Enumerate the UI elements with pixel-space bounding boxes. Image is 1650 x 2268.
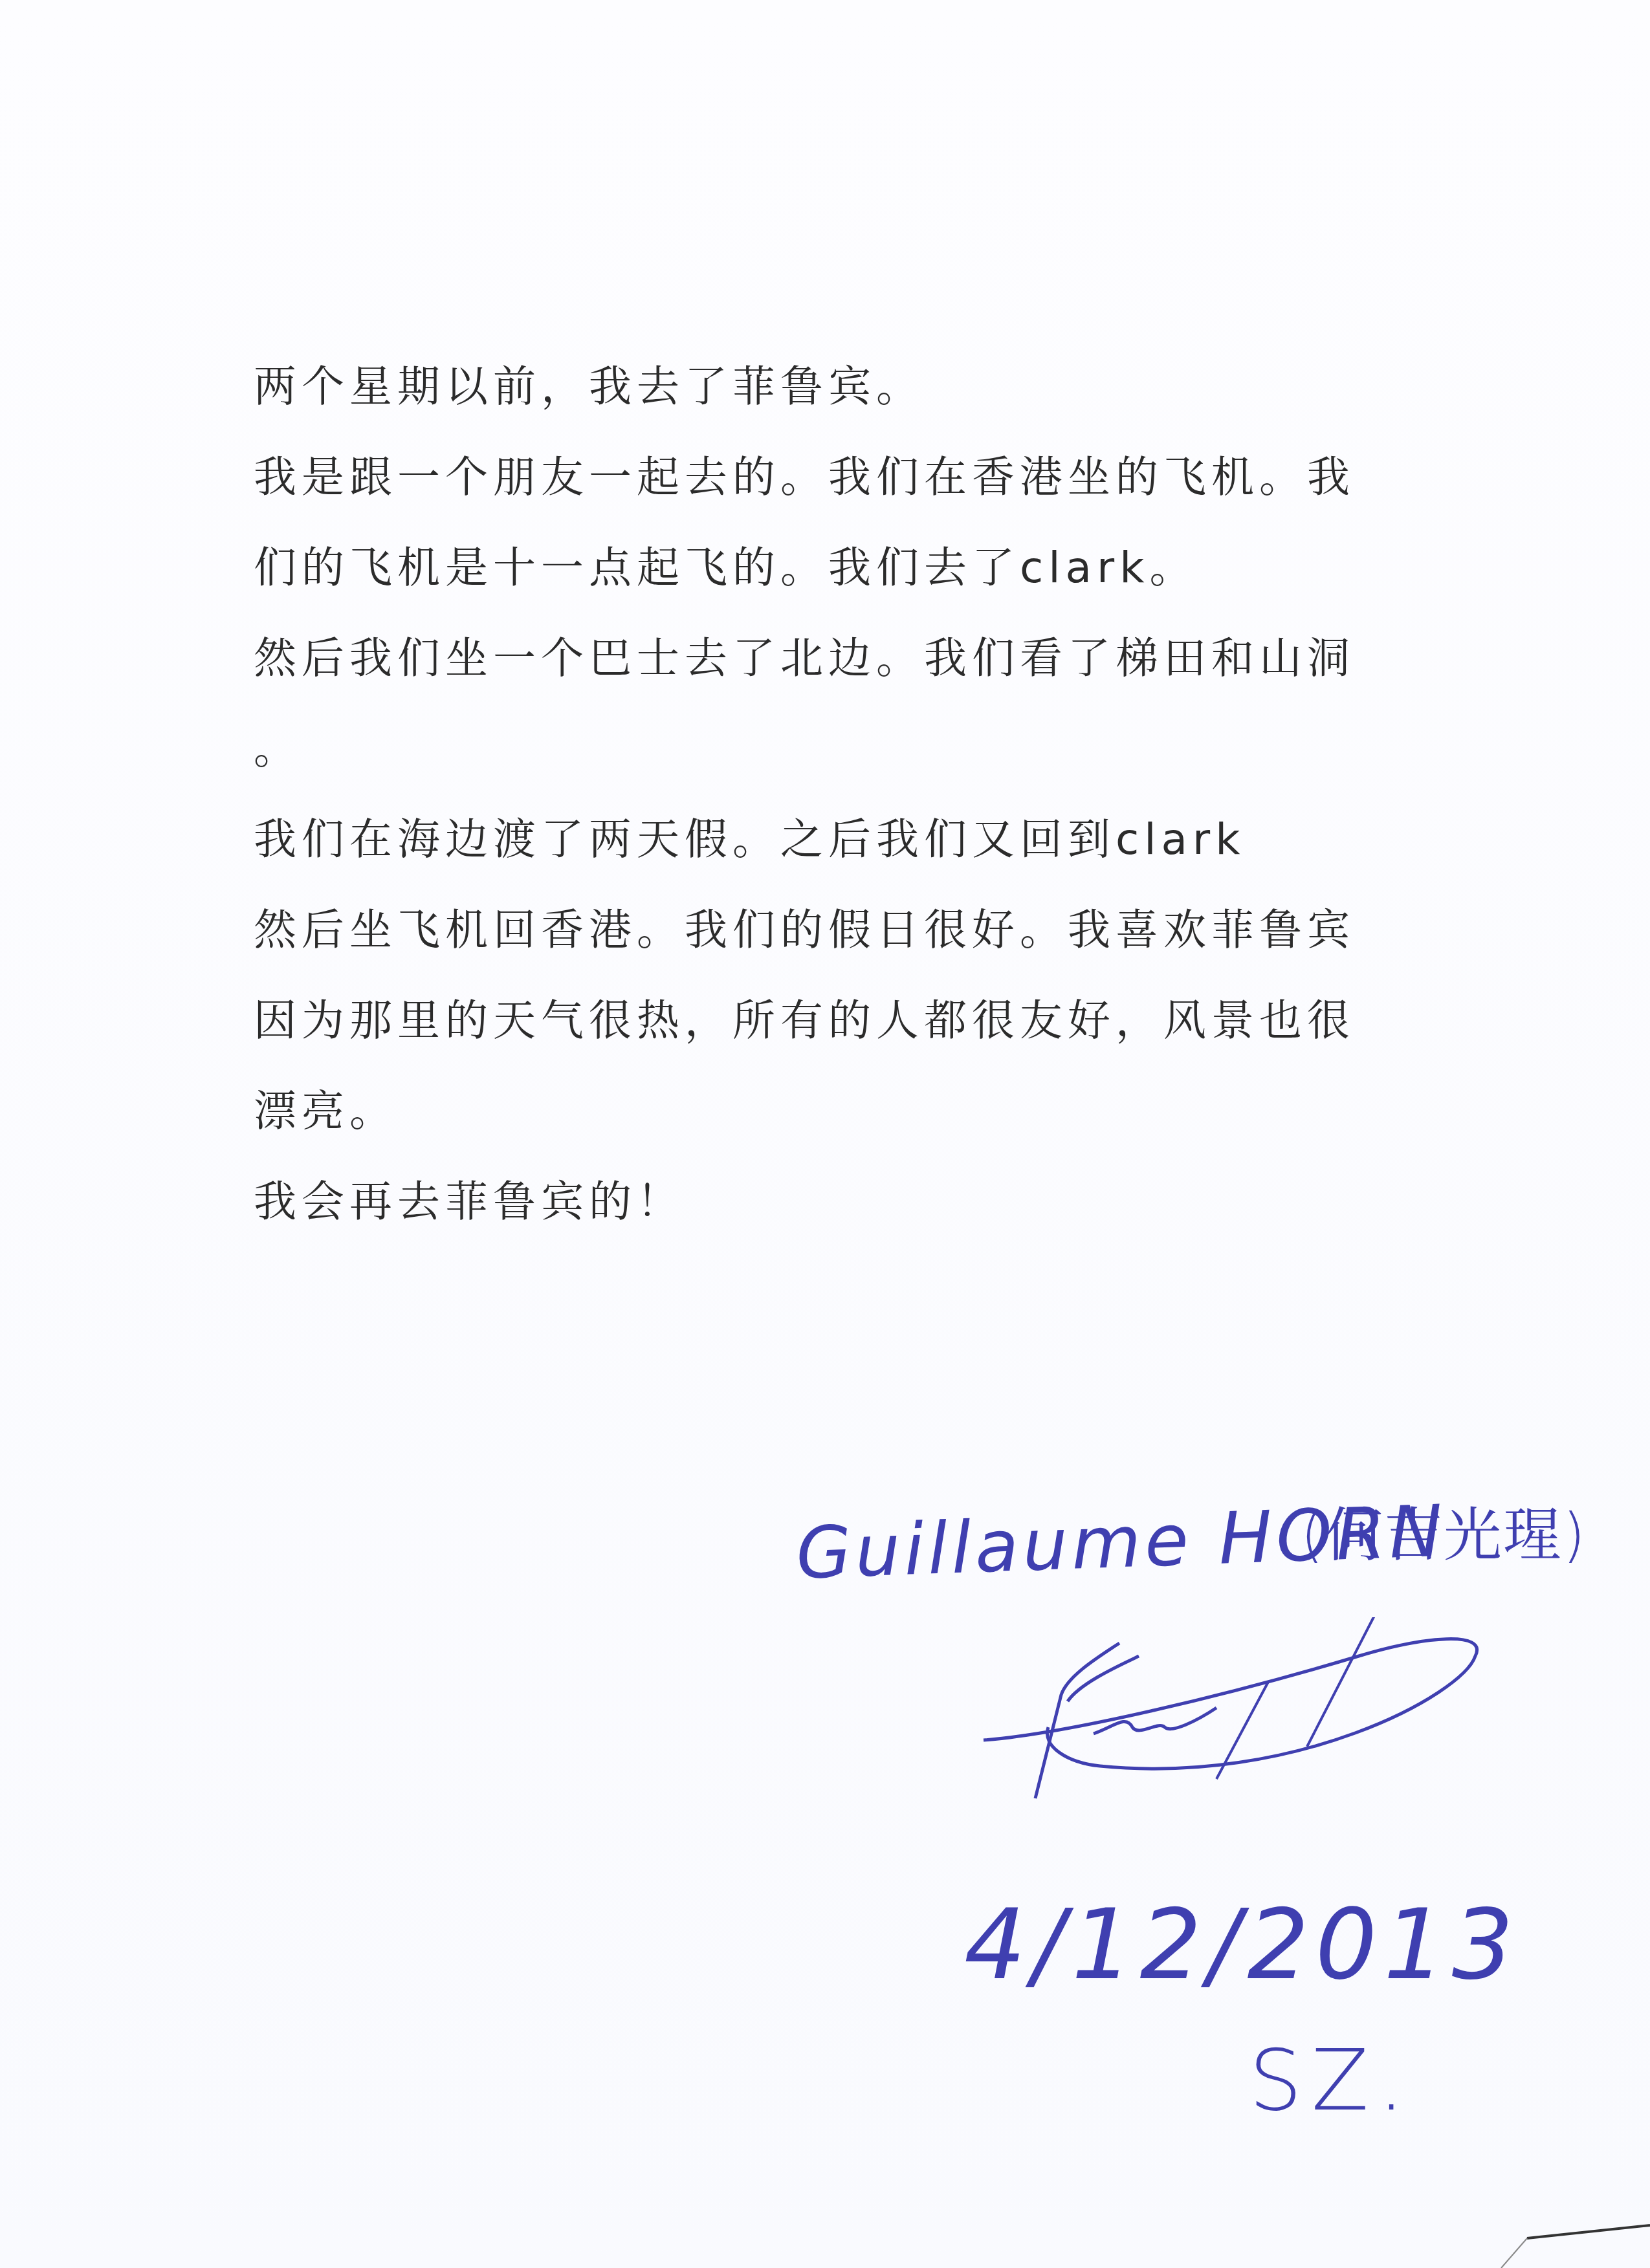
essay-line: 我们在海边渡了两天假。之后我们又回到clark [254, 794, 1483, 885]
handwritten-chinese-name: (何吉光瑆) [1301, 1488, 1587, 1572]
signature-scribble-icon [971, 1617, 1553, 1811]
essay-line: 因为那里的天气很热，所有的人都很友好，风景也很 [254, 976, 1483, 1066]
handwritten-date: 4/12/2013 [964, 1889, 1520, 2001]
essay-line: 漂亮。 [254, 1066, 1483, 1157]
essay-line: 们的飞机是十一点起飞的。我们去了clark。 [254, 523, 1483, 613]
folded-corner-icon [1424, 2135, 1650, 2268]
handwritten-place: SZ. [1249, 2031, 1414, 2130]
scanned-page: 两个星期以前，我去了菲鲁宾。 我是跟一个朋友一起去的。我们在香港坐的飞机。我 们… [0, 0, 1650, 2268]
essay-line: 然后我们坐一个巴士去了北边。我们看了梯田和山洞 [254, 613, 1483, 704]
essay-line: 我会再去菲鲁宾的！ [254, 1157, 1483, 1247]
essay-line: 我是跟一个朋友一起去的。我们在香港坐的飞机。我 [254, 432, 1483, 523]
essay-line: 然后坐飞机回香港。我们的假日很好。我喜欢菲鲁宾 [254, 885, 1483, 976]
essay-line: 两个星期以前，我去了菲鲁宾。 [254, 342, 1483, 432]
essay-line: 。 [254, 704, 1483, 794]
essay-body: 两个星期以前，我去了菲鲁宾。 我是跟一个朋友一起去的。我们在香港坐的飞机。我 们… [254, 342, 1483, 1247]
